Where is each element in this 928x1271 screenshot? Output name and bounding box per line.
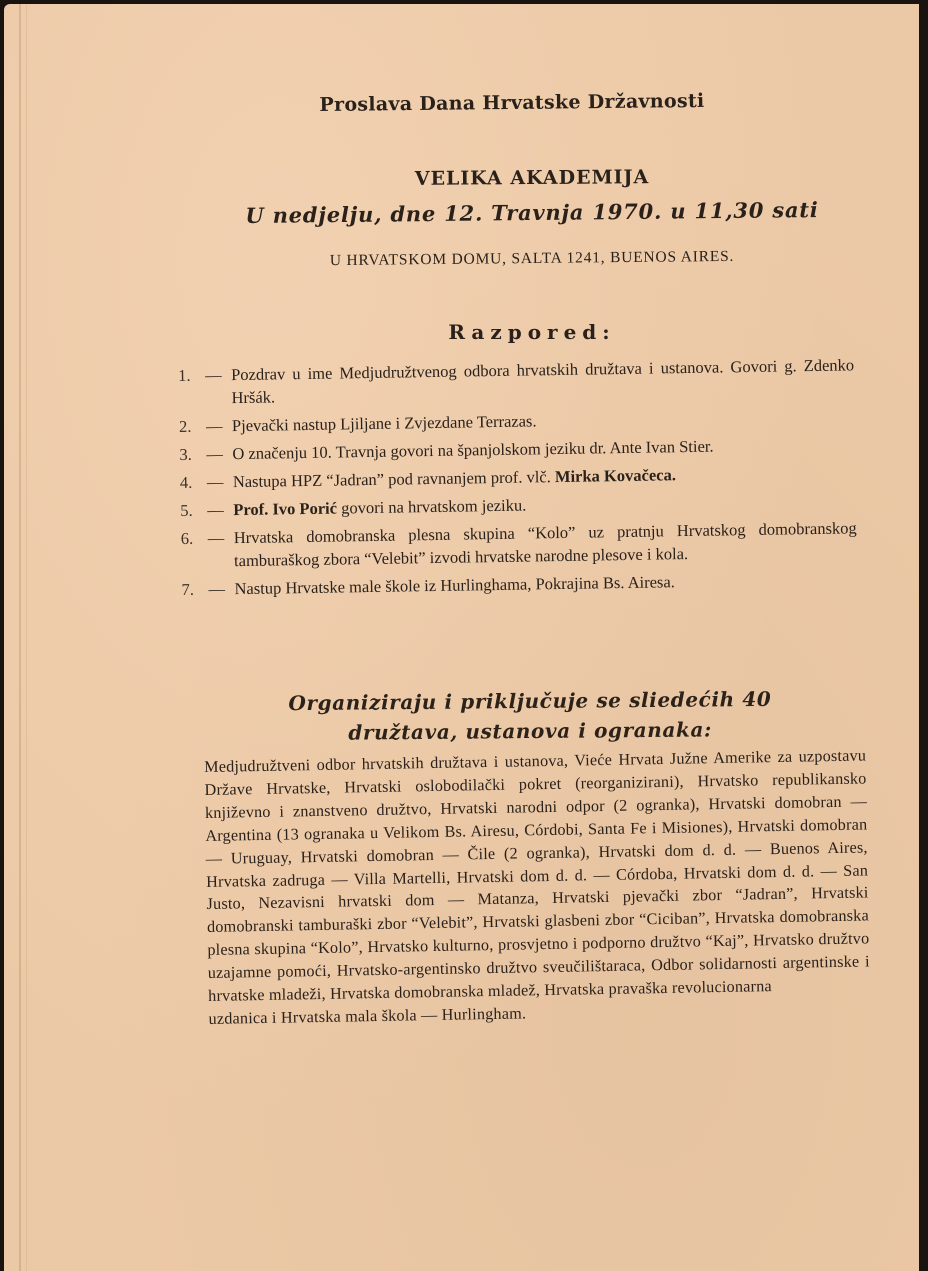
page-fold-line-secondary	[26, 4, 27, 1271]
page-fold-line	[19, 4, 21, 1271]
item-dash: —	[208, 577, 234, 600]
item-dash: —	[207, 498, 233, 521]
item-number: 1.	[178, 364, 206, 410]
item-dash: —	[206, 442, 232, 465]
item-text-bold: Mirka Kovačeca.	[555, 465, 676, 486]
organizers-heading-line2: družtava, ustanova i ogranaka:	[180, 713, 880, 749]
program-item: 5. — Prof. Ivo Porić govori na hrvatskom…	[180, 488, 856, 522]
item-number: 6.	[181, 527, 209, 573]
item-number: 2.	[179, 415, 206, 438]
item-number: 3.	[179, 443, 206, 466]
item-text: Hrvatska domobranska plesna skupina “Kol…	[234, 516, 858, 572]
item-number: 4.	[180, 471, 207, 494]
program-item: 4. — Nastupa HPZ “Jadran” pod ravnanjem …	[180, 460, 856, 494]
item-text: Nastup Hrvatske male škole iz Hurlingham…	[234, 567, 857, 600]
event-date: U nedjelju, dne 12. Travnja 1970. u 11,3…	[130, 196, 928, 229]
organizers-list: Medjudružtveni odbor hrvatskih družtava …	[204, 744, 871, 1030]
item-dash: —	[208, 526, 235, 572]
organizers-text: Medjudružtveni odbor hrvatskih družtava …	[204, 746, 870, 1005]
program-item: 3. — O značenju 10. Travnja govori na šp…	[179, 432, 855, 466]
event-name: VELIKA AKADEMIJA	[200, 165, 864, 192]
item-text-wrapper: Prof. Ivo Porić govori na hrvatskom jezi…	[233, 488, 856, 521]
item-text-bold: Prof. Ivo Porić	[233, 499, 337, 520]
item-number: 5.	[180, 499, 207, 522]
program-item: 1. — Pozdrav u ime Medjudružtvenog odbor…	[178, 353, 855, 410]
item-text: govori na hrvatskom jeziku.	[341, 496, 526, 518]
organizers-heading: Organiziraju i priključuje se sliedećih …	[180, 683, 880, 749]
item-text: O značenju 10. Travnja govori na španjol…	[232, 432, 855, 465]
document-title: Proslava Dana Hrvatske Državnosti	[252, 89, 772, 116]
item-dash: —	[205, 363, 232, 409]
item-text-wrapper: Nastupa HPZ “Jadran” pod ravnanjem prof.…	[233, 460, 856, 493]
item-text: Pjevački nastup Ljiljane i Zvjezdane Ter…	[232, 404, 855, 437]
scanned-page: Proslava Dana Hrvatske Državnosti VELIKA…	[4, 4, 919, 1271]
item-dash: —	[207, 470, 233, 493]
program-item: 2. — Pjevački nastup Ljiljane i Zvjezdan…	[179, 404, 855, 438]
event-venue: U HRVATSKOM DOMU, SALTA 1241, BUENOS AIR…	[200, 247, 864, 272]
program-item: 6. — Hrvatska domobranska plesna skupina…	[181, 516, 858, 573]
item-text: Nastupa HPZ “Jadran” pod ravnanjem prof.…	[233, 467, 551, 491]
item-dash: —	[206, 414, 232, 437]
item-number: 7.	[181, 578, 208, 601]
program-heading: Razpored:	[200, 320, 864, 344]
item-text: Pozdrav u ime Medjudružtvenog odbora hrv…	[231, 353, 855, 409]
program-item: 7. — Nastup Hrvatske male škole iz Hurli…	[181, 567, 857, 601]
program-list: 1. — Pozdrav u ime Medjudružtvenog odbor…	[178, 353, 858, 606]
